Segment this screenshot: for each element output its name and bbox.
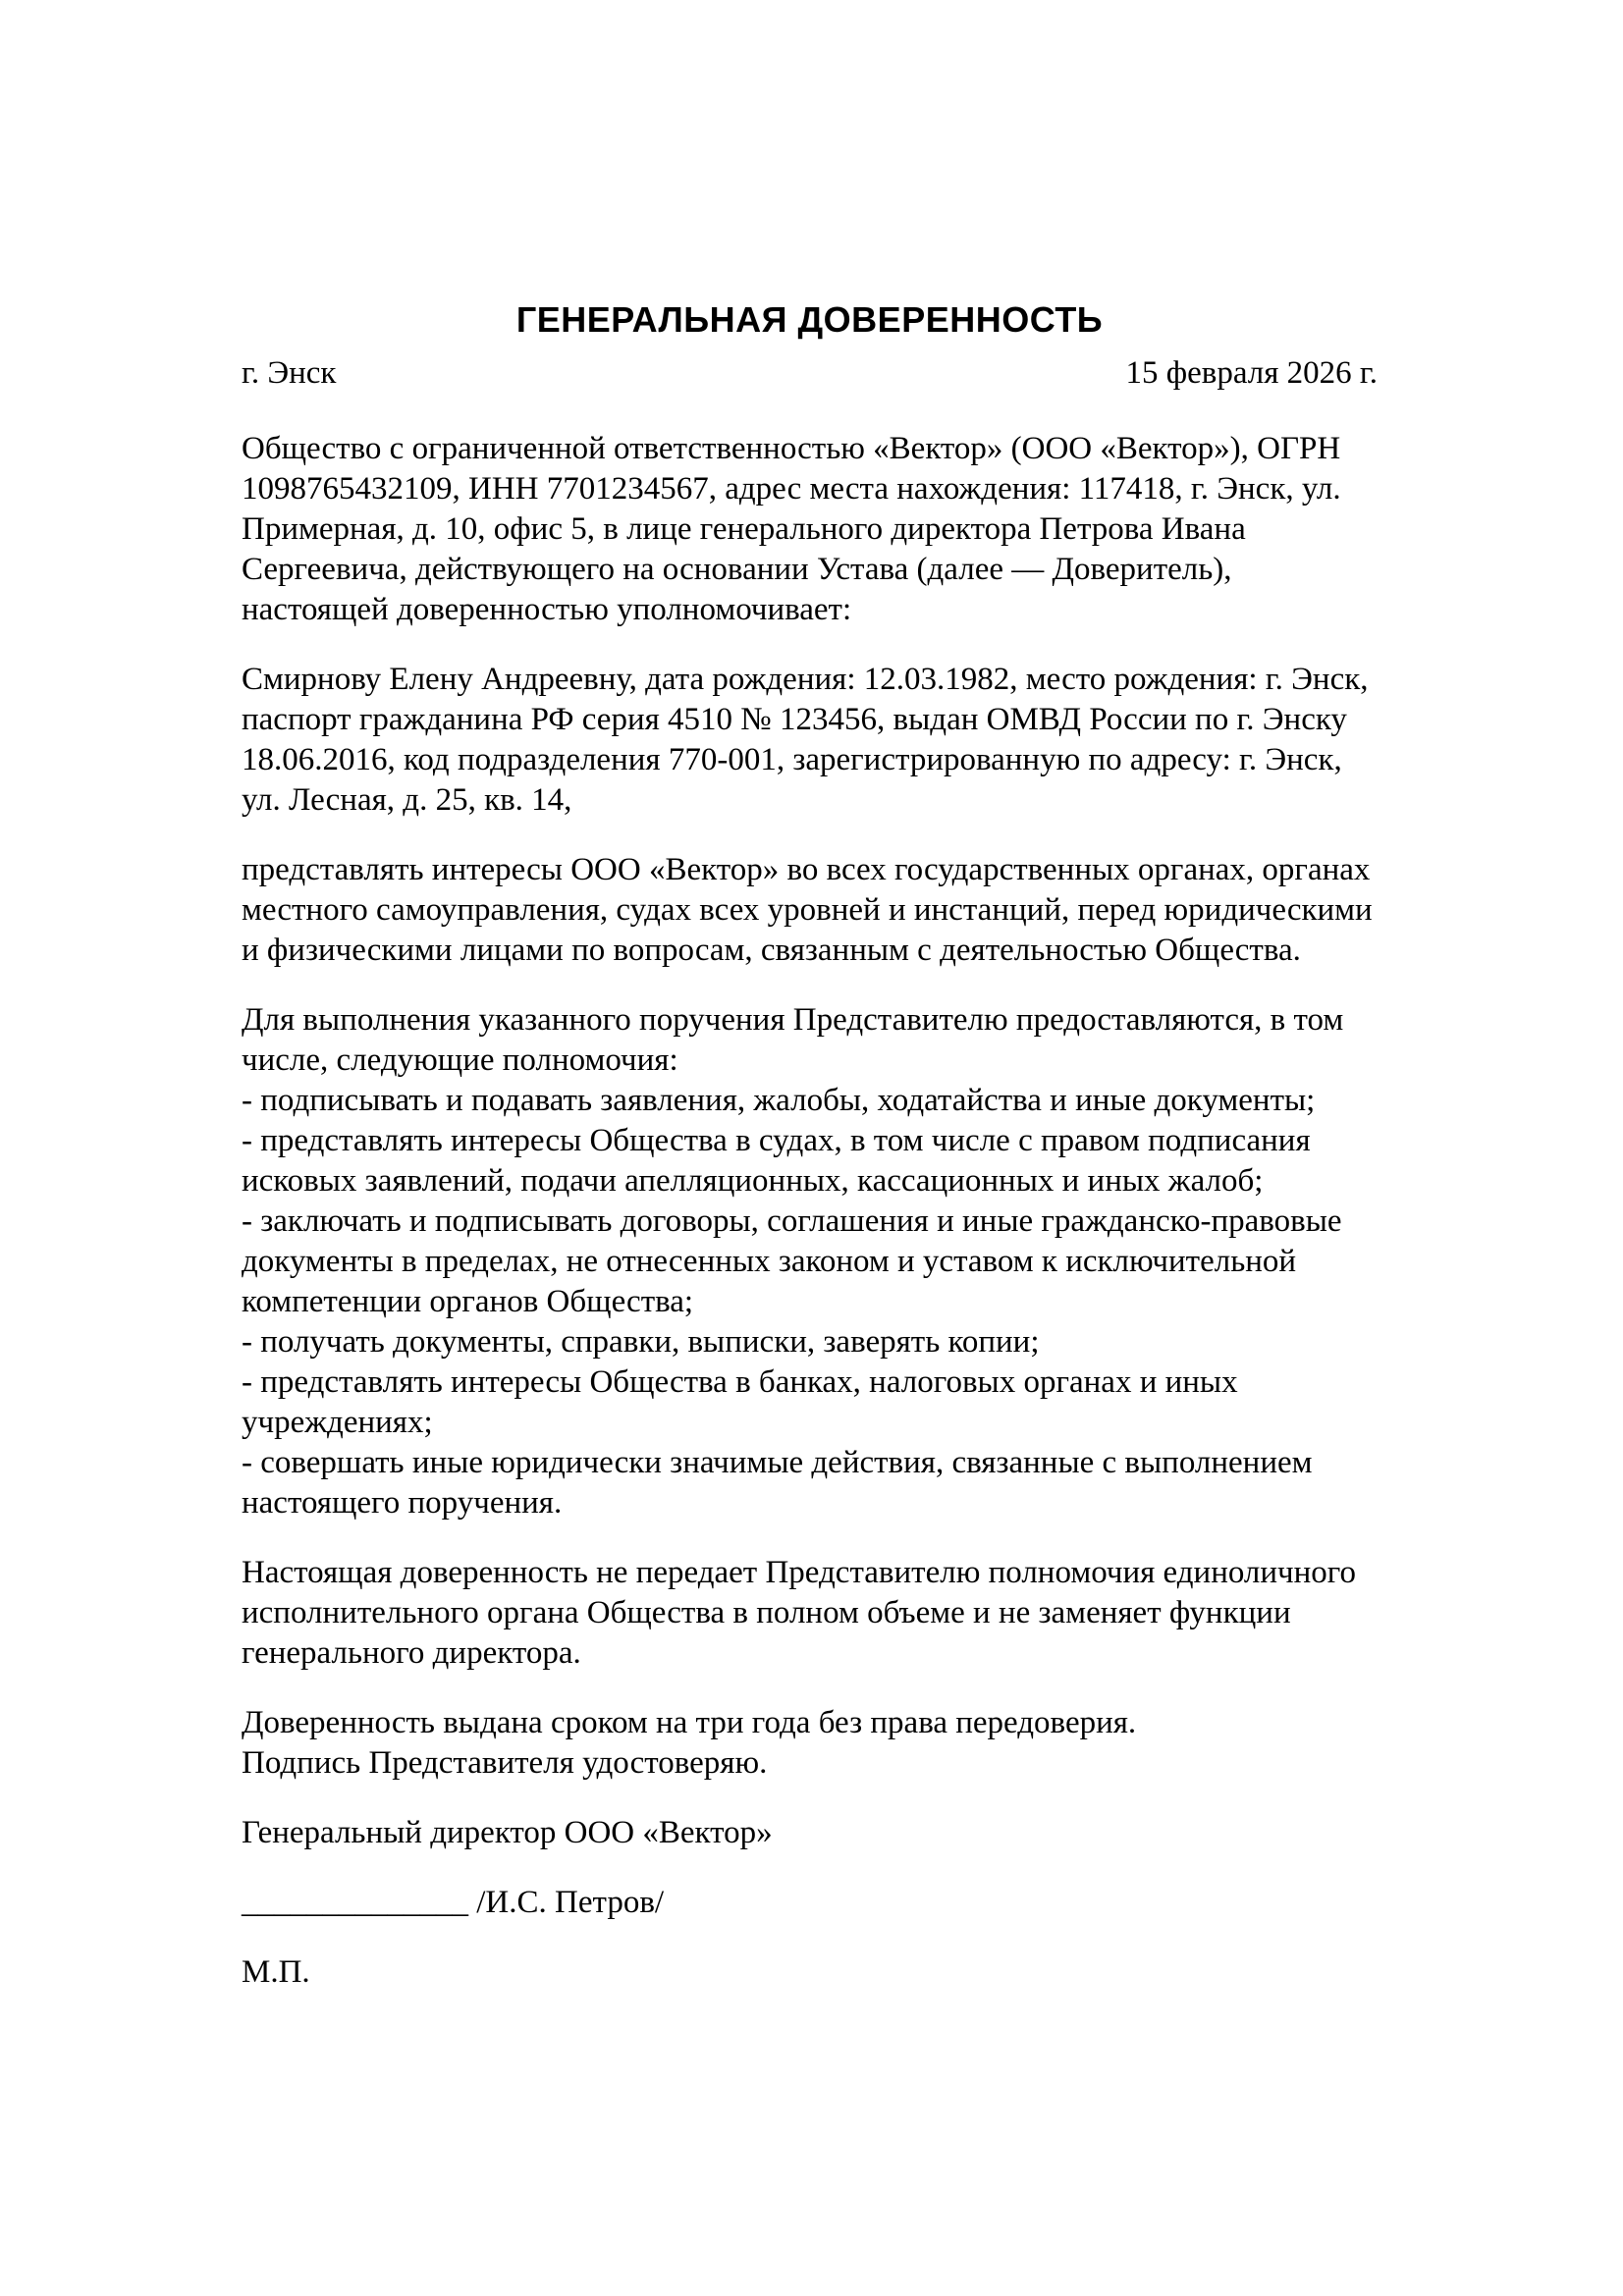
powers-item: - представлять интересы Общества в банка… — [242, 1362, 1378, 1443]
place-label: г. Энск — [242, 353, 336, 394]
signature-name: /И.С. Петров/ — [476, 1885, 664, 1920]
powers-item: - получать документы, справки, выписки, … — [242, 1322, 1378, 1362]
paragraph-limitations: Настоящая доверенность не передает Предс… — [242, 1553, 1378, 1674]
term-block: Доверенность выдана сроком на три года б… — [242, 1703, 1378, 1784]
date-label: 15 февраля 2026 г. — [1125, 353, 1378, 394]
powers-intro: Для выполнения указанного поручения Пред… — [242, 1000, 1378, 1081]
powers-item: - представлять интересы Общества в судах… — [242, 1121, 1378, 1201]
term-line: Доверенность выдана сроком на три года б… — [242, 1703, 1378, 1743]
paragraph-representative: Смирнову Елену Андреевну, дата рождения:… — [242, 660, 1378, 821]
powers-item: - подписывать и подавать заявления, жало… — [242, 1081, 1378, 1121]
paragraph-scope: представлять интересы ООО «Вектор» во вс… — [242, 850, 1378, 971]
powers-item: - совершать иные юридически значимые дей… — [242, 1443, 1378, 1523]
paragraph-principal: Общество с ограниченной ответственностью… — [242, 429, 1378, 630]
place-date-row: г. Энск 15 февраля 2026 г. — [242, 353, 1378, 394]
document-title: ГЕНЕРАЛЬНАЯ ДОВЕРЕННОСТЬ — [242, 296, 1378, 344]
powers-block: Для выполнения указанного поручения Пред… — [242, 1000, 1378, 1523]
signatory-title: Генеральный директор ООО «Вектор» — [242, 1813, 1378, 1853]
signature-blank: ______________ — [242, 1885, 468, 1920]
signature-line: ______________ /И.С. Петров/ — [242, 1883, 1378, 1923]
certification-line: Подпись Представителя удостоверяю. — [242, 1743, 1378, 1784]
powers-item: - заключать и подписывать договоры, согл… — [242, 1201, 1378, 1322]
document-page: ГЕНЕРАЛЬНАЯ ДОВЕРЕННОСТЬ г. Энск 15 февр… — [0, 0, 1623, 2296]
seal-mark: М.П. — [242, 1952, 1378, 1993]
